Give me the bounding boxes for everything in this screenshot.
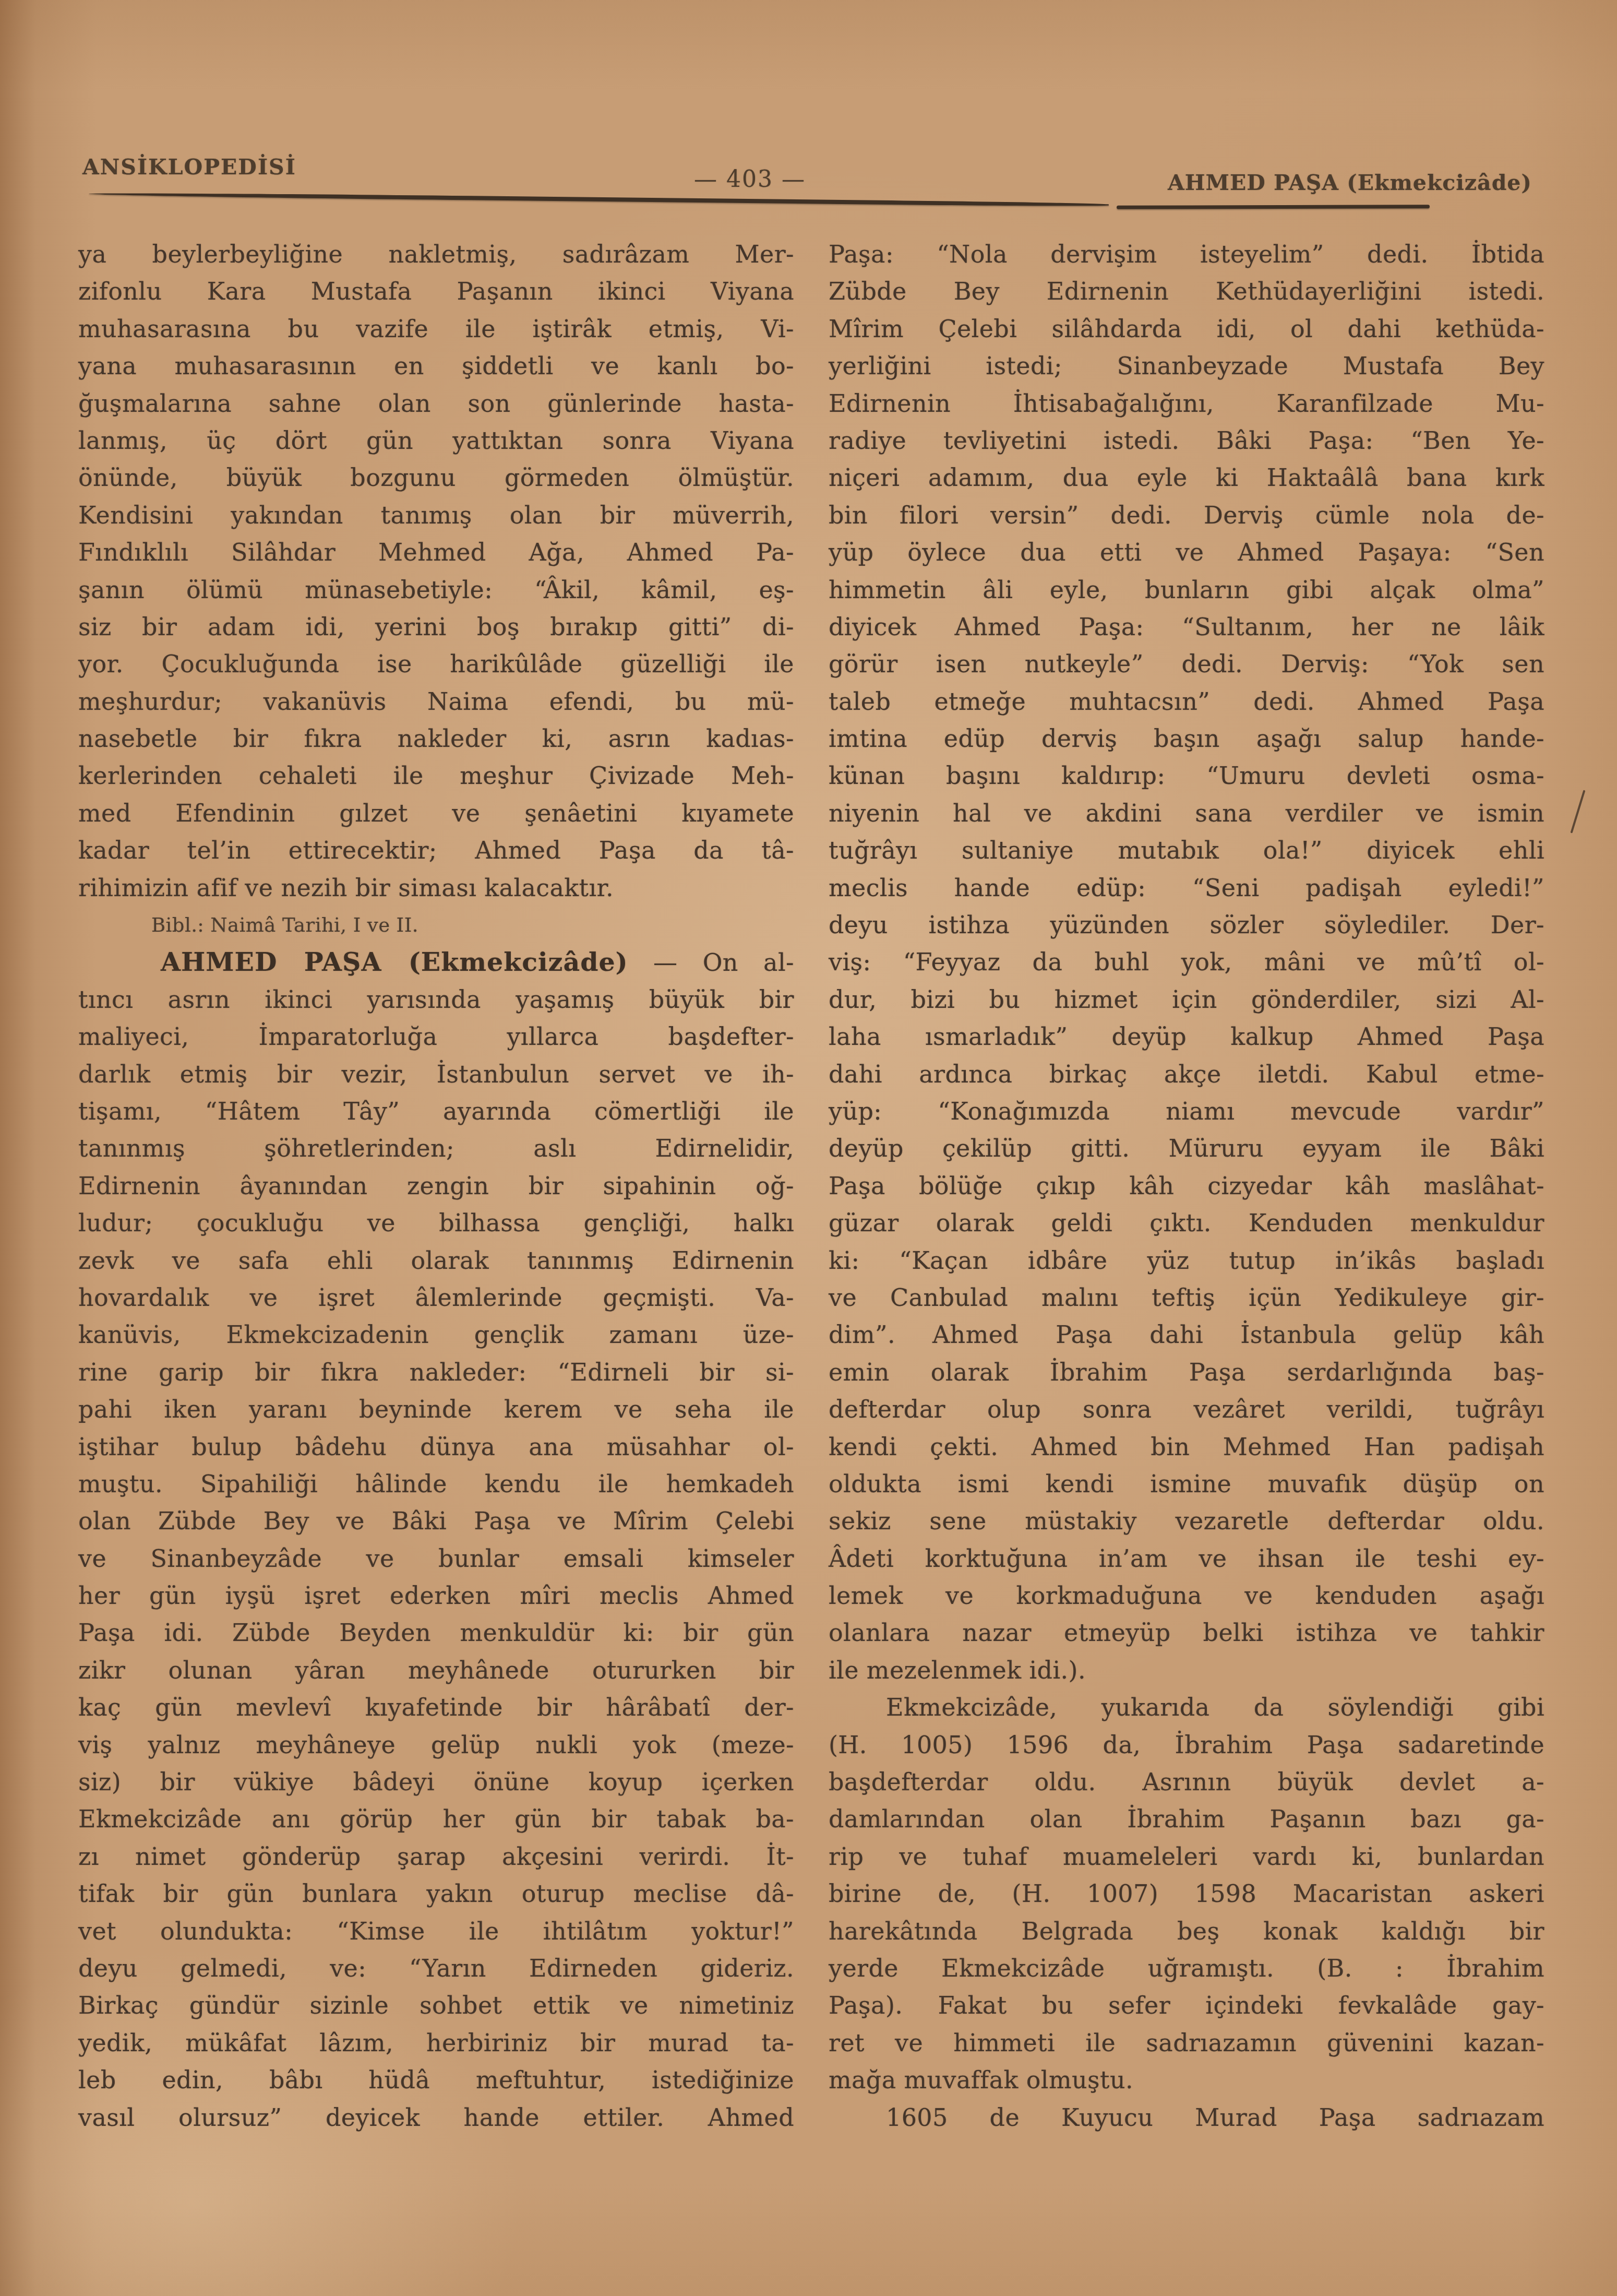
text-line: imtina edüp derviş başın aşağı salup han… xyxy=(829,720,1544,757)
text-line: dur, bizi bu hizmet için gönderdiler, si… xyxy=(829,981,1544,1018)
text-line: vasıl olursuz” deyicek hande ettiler. Ah… xyxy=(78,2099,794,2136)
text-line: lemek ve korkmaduğuna ve kenduden aşağı xyxy=(829,1577,1544,1614)
text-line: Paşa idi. Zübde Beyden menkuldür ki: bir… xyxy=(78,1614,794,1651)
text-line: tıncı asrın ikinci yarısında yaşamış büy… xyxy=(78,981,794,1018)
text-line: Paşa: “Nola dervişim isteyelim” dedi. İb… xyxy=(829,236,1544,273)
text-line: görür isen nutkeyle” dedi. Derviş: “Yok … xyxy=(829,646,1544,683)
text-line: siz) bir vükiye bâdeyi önüne koyup içerk… xyxy=(78,1764,794,1801)
text-line: zifonlu Kara Mustafa Paşanın ikinci Viya… xyxy=(78,273,794,310)
text-line: birine de, (H. 1007) 1598 Macaristan ask… xyxy=(829,1875,1544,1912)
text-line: niçeri adamım, dua eyle ki Haktaâlâ bana… xyxy=(829,459,1544,496)
text-line: yor. Çocukluğunda ise harikûlâde güzelli… xyxy=(78,646,794,683)
text-line: maliyeci, İmparatorluğa yıllarca başdeft… xyxy=(78,1018,794,1055)
text-line: ret ve himmeti ile sadrıazamın güvenini … xyxy=(829,2025,1544,2062)
text-line: Birkaç gündür sizinle sohbet ettik ve ni… xyxy=(78,1987,794,2024)
text-line: viş yalnız meyhâneye gelüp nukli yok (me… xyxy=(78,1727,794,1764)
text-line: ya beylerbeyliğine nakletmiş, sadırâzam … xyxy=(78,236,794,273)
text-line: rip ve tuhaf muameleleri vardı ki, bunla… xyxy=(829,1838,1544,1875)
header-page-number: — 403 — xyxy=(694,166,806,193)
text-line: güzar olarak geldi çıktı. Kenduden menku… xyxy=(829,1205,1544,1242)
text-line: Edirnenin İhtisabağalığını, Karanfilzade… xyxy=(829,385,1544,422)
text-line: önünde, büyük bozgunu görmeden ölmüştür. xyxy=(78,459,794,496)
text-line: hovardalık ve işret âlemlerinde geçmişti… xyxy=(78,1279,794,1316)
text-line: ile mezelenmek idi.). xyxy=(829,1652,1544,1689)
text-line: himmetin âli eyle, bunların gibi alçak o… xyxy=(829,572,1544,609)
text-line: muhasarasına bu vazife ile iştirâk etmiş… xyxy=(78,311,794,348)
text-line: mağa muvaffak olmuştu. xyxy=(829,2062,1544,2099)
text-line: harekâtında Belgrada beş konak kaldığı b… xyxy=(829,1913,1544,1950)
text-line: yedik, mükâfat lâzım, herbiriniz bir mur… xyxy=(78,2025,794,2062)
pen-mark xyxy=(1571,790,1586,833)
text-line: oldukta ismi kendi ismine muvafık düşüp … xyxy=(829,1466,1544,1503)
text-line: yerliğini istedi; Sinanbeyzade Mustafa B… xyxy=(829,348,1544,385)
text-line: yüp: “Konağımızda niamı mevcude vardır” xyxy=(829,1093,1544,1130)
text-line: ki: “Kaçan idbâre yüz tutup in’ikâs başl… xyxy=(829,1242,1544,1279)
text-line: emin olarak İbrahim Paşa serdarlığında b… xyxy=(829,1354,1544,1391)
text-line: leb edin, bâbı hüdâ meftuhtur, istediğin… xyxy=(78,2062,794,2099)
text-line: rine garip bir fıkra nakleder: “Edirneli… xyxy=(78,1354,794,1391)
text-line: Paşa). Fakat bu sefer içindeki fevkalâde… xyxy=(829,1987,1544,2024)
text-line: kadar tel’in ettirecektir; Ahmed Paşa da… xyxy=(78,832,794,869)
text-line: kaç gün mevlevî kıyafetinde bir hârâbatî… xyxy=(78,1689,794,1726)
text-line: zikr olunan yâran meyhânede otururken bi… xyxy=(78,1652,794,1689)
entry-heading-line: AHMED PAŞA (Ekmekcizâde) — On al- xyxy=(78,944,794,981)
text-line: muştu. Sipahiliği hâlinde kendu ile hemk… xyxy=(78,1466,794,1503)
text-line: meşhurdur; vakanüvis Naima efendi, bu mü… xyxy=(78,683,794,720)
text-line: Ekmekcizâde anı görüp her gün bir tabak … xyxy=(78,1801,794,1838)
text-line: nasebetle bir fıkra nakleder ki, asrın k… xyxy=(78,720,794,757)
text-line: yüp öylece dua etti ve Ahmed Paşaya: “Se… xyxy=(829,534,1544,571)
text-line: siz bir adam idi, yerini boş bırakıp git… xyxy=(78,609,794,646)
text-line: sekiz sene müstakiy vezaretle defterdar … xyxy=(829,1503,1544,1540)
text-line: diyicek Ahmed Paşa: “Sultanım, her ne lâ… xyxy=(829,609,1544,646)
text-line: deyu istihza yüzünden sözler söylediler.… xyxy=(829,907,1544,944)
text-line: damlarından olan İbrahim Paşanın bazı ga… xyxy=(829,1801,1544,1838)
text-line: 1605 de Kuyucu Murad Paşa sadrıazam xyxy=(829,2099,1544,2136)
text-line: zevk ve safa ehli olarak tanınmış Edirne… xyxy=(78,1242,794,1279)
text-line: ğuşmalarına sahne olan son günlerinde ha… xyxy=(78,385,794,422)
text-line: Paşa bölüğe çıkıp kâh cizyedar kâh maslâ… xyxy=(829,1168,1544,1205)
text-line: Mîrim Çelebi silâhdarda idi, ol dahi ket… xyxy=(829,311,1544,348)
text-line: ve Sinanbeyzâde ve bunlar emsali kimsele… xyxy=(78,1540,794,1577)
header-entry-title: AHMED PAŞA (Ekmekcizâde) xyxy=(1168,170,1532,195)
text-line: viş: “Feyyaz da buhl yok, mâni ve mû’tî … xyxy=(829,944,1544,981)
right-column: Paşa: “Nola dervişim isteyelim” dedi. İb… xyxy=(829,236,1544,2136)
text-line: niyenin hal ve akdini sana verdiler ve i… xyxy=(829,795,1544,832)
header-work-title: ANSİKLOPEDİSİ xyxy=(82,154,296,180)
text-line: kerlerinden cehaleti ile meşhur Çivizade… xyxy=(78,757,794,794)
text-line: pahi iken yaranı beyninde kerem ve seha … xyxy=(78,1391,794,1428)
text-line: yerde Ekmekcizâde uğramıştı. (B. : İbrah… xyxy=(829,1950,1544,1987)
text-line: radiye tevliyetini istedi. Bâki Paşa: “B… xyxy=(829,422,1544,459)
text-line: kanüvis, Ekmekcizadenin gençlik zamanı ü… xyxy=(78,1316,794,1353)
header-rule-left-segment xyxy=(89,192,1109,207)
text-line: laha ısmarladık” deyüp kalkup Ahmed Paşa xyxy=(829,1018,1544,1055)
text-line: tanınmış şöhretlerinden; aslı Edirnelidi… xyxy=(78,1130,794,1167)
text-line: olan Zübde Bey ve Bâki Paşa ve Mîrim Çel… xyxy=(78,1503,794,1540)
text-line: deyu gelmedi, ve: “Yarın Edirneden gider… xyxy=(78,1950,794,1987)
text-line: iştihar bulup bâdehu dünya ana müsahhar … xyxy=(78,1429,794,1466)
text-line: tuğrâyı sultaniye mutabık ola!” diyicek … xyxy=(829,832,1544,869)
text-line: Edirnenin âyanından zengin bir sipahinin… xyxy=(78,1168,794,1205)
text-line: defterdar olup sonra vezâret verildi, tu… xyxy=(829,1391,1544,1428)
text-line: Kendisini yakından tanımış olan bir müve… xyxy=(78,497,794,534)
text-line: darlık etmiş bir vezir, İstanbulun serve… xyxy=(78,1056,794,1093)
text-line: zı nimet gönderüp şarap akçesini verirdi… xyxy=(78,1838,794,1875)
text-line: şanın ölümü münasebetiyle: “Âkil, kâmil,… xyxy=(78,572,794,609)
text-line: deyüp çekilüp gitti. Müruru eyyam ile Bâ… xyxy=(829,1130,1544,1167)
text-line: ve Canbulad malını teftiş içün Yedikuley… xyxy=(829,1279,1544,1316)
text-line: rihimizin afif ve nezih bir siması kalac… xyxy=(78,870,794,907)
left-column: ya beylerbeyliğine nakletmiş, sadırâzam … xyxy=(78,236,794,2136)
text-line: vet olundukta: “Kimse ile ihtilâtım yokt… xyxy=(78,1913,794,1950)
scanned-encyclopedia-page: ANSİKLOPEDİSİ — 403 — AHMED PAŞA (Ekmekc… xyxy=(0,0,1617,2296)
text-line: lanmış, üç dört gün yattıktan sonra Viya… xyxy=(78,422,794,459)
text-line: kendi çekti. Ahmed bin Mehmed Han padişa… xyxy=(829,1429,1544,1466)
text-line: olanlara nazar etmeyüp belki istihza ve … xyxy=(829,1614,1544,1651)
text-line: Fındıklılı Silâhdar Mehmed Ağa, Ahmed Pa… xyxy=(78,534,794,571)
text-line: tifak bir gün bunlara yakın oturup mecli… xyxy=(78,1875,794,1912)
header-rule-right-segment xyxy=(1117,205,1430,209)
text-line: bin filori versin” dedi. Derviş cümle no… xyxy=(829,497,1544,534)
text-line: dahi ardınca birkaç akçe iletdi. Kabul e… xyxy=(829,1056,1544,1093)
text-line: ludur; çocukluğu ve bilhassa gençliği, h… xyxy=(78,1205,794,1242)
text-line: med Efendinin gılzet ve şenâetini kıyame… xyxy=(78,795,794,832)
text-line: taleb etmeğe muhtacsın” dedi. Ahmed Paşa xyxy=(829,683,1544,720)
bibliography-line: Bibl.: Naimâ Tarihi, I ve II. xyxy=(78,907,794,944)
text-line: her gün iyşü işret ederken mîri meclis A… xyxy=(78,1577,794,1614)
text-line: tişamı, “Hâtem Tây” ayarında cömertliği … xyxy=(78,1093,794,1130)
text-line: Ekmekcizâde, yukarıda da söylendiği gibi xyxy=(829,1689,1544,1726)
text-line: yana muhasarasının en şiddetli ve kanlı … xyxy=(78,348,794,385)
text-line: Zübde Bey Edirnenin Kethüdayerliğini ist… xyxy=(829,273,1544,310)
text-line: künan başını kaldırıp: “Umuru devleti os… xyxy=(829,757,1544,794)
text-line: dim”. Ahmed Paşa dahi İstanbula gelüp kâ… xyxy=(829,1316,1544,1353)
text-line: başdefterdar oldu. Asrının büyük devlet … xyxy=(829,1764,1544,1801)
text-line: (H. 1005) 1596 da, İbrahim Paşa sadareti… xyxy=(829,1727,1544,1764)
entry-title-bold: AHMED PAŞA (Ekmekcizâde) xyxy=(161,947,628,977)
text-line: Âdeti korktuğuna in’am ve ihsan ile tesh… xyxy=(829,1540,1544,1577)
text-line: meclis hande edüp: “Seni padişah eyledi!… xyxy=(829,870,1544,907)
